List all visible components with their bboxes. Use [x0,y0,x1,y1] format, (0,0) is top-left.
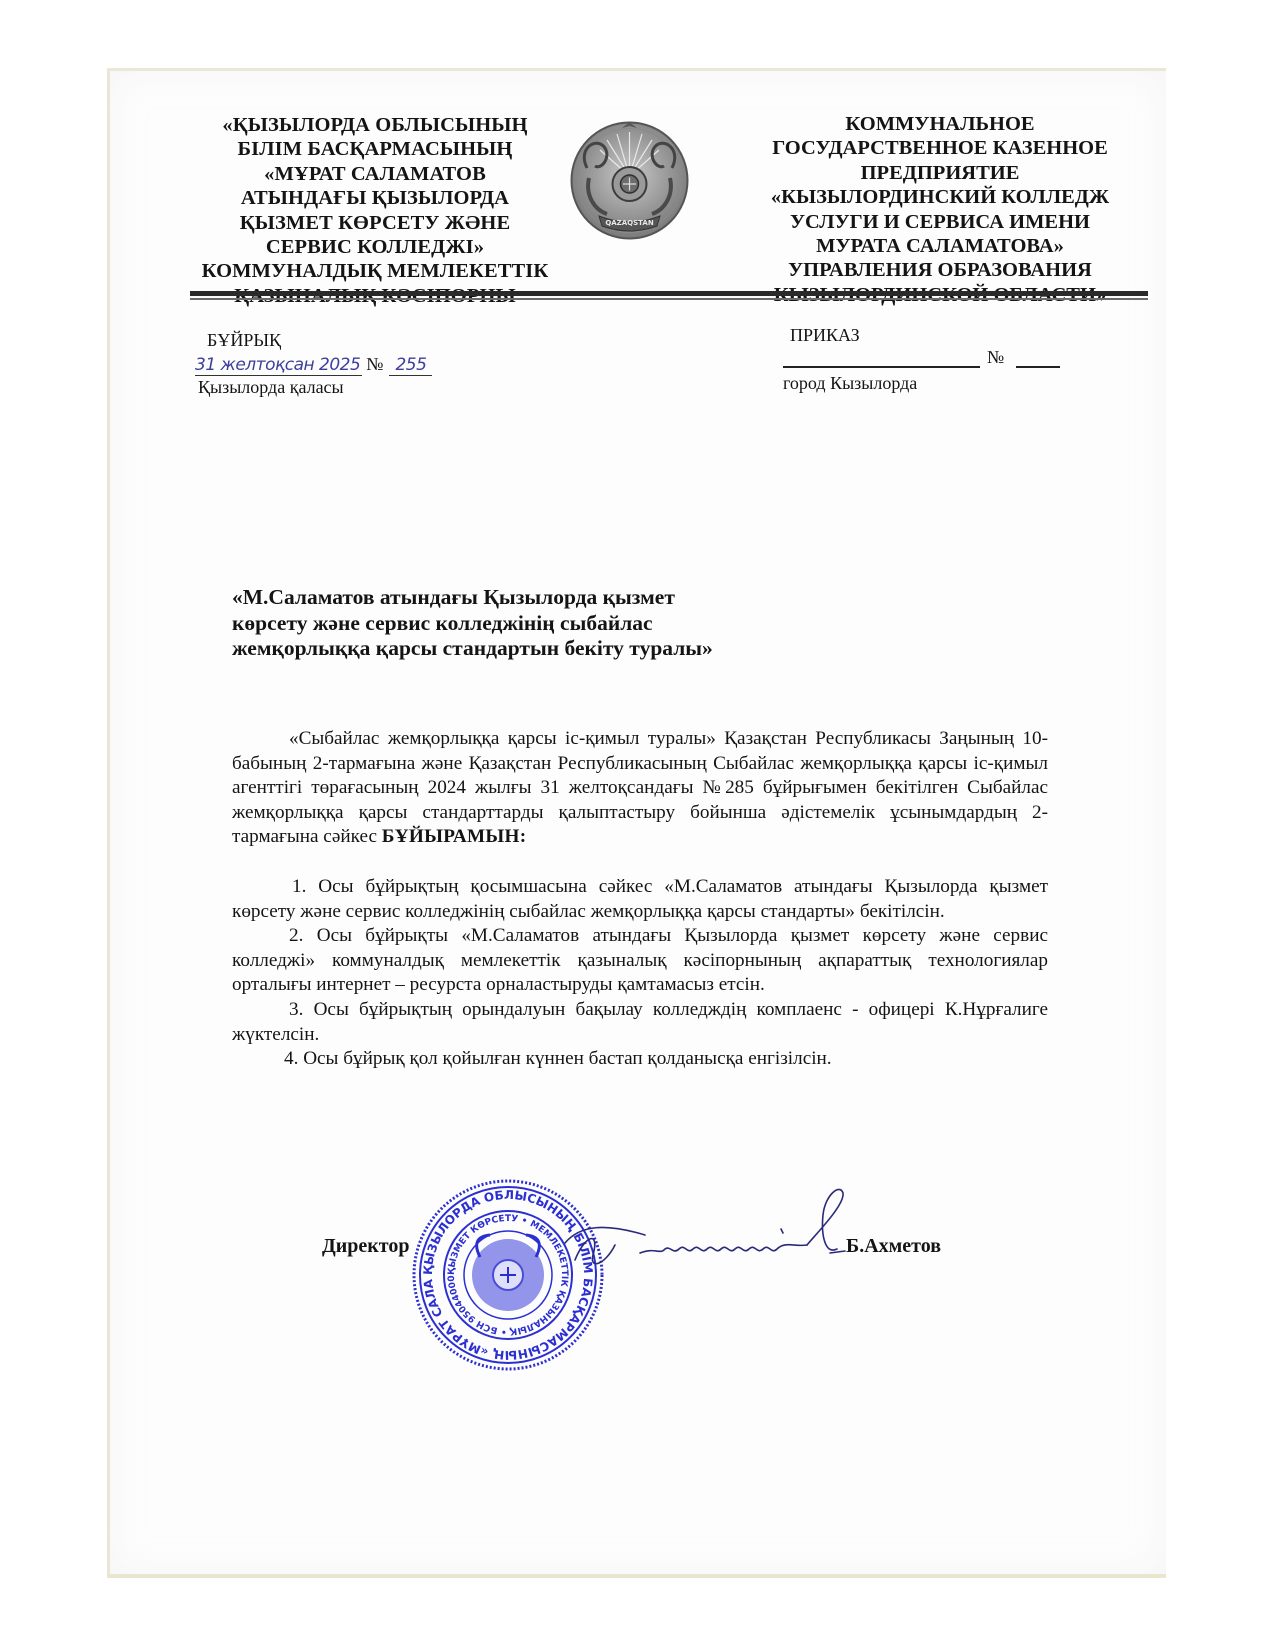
title-line: «М.Саламатов атындағы Қызылорда қызмет [232,585,832,611]
blank-number-line [1016,366,1060,368]
svg-text:QAZAQSTAN: QAZAQSTAN [605,219,654,227]
header-line: «ҚЫЗЫЛОРДА ОБЛЫСЫНЫҢ [190,113,560,137]
city-kk: Қызылорда қаласы [198,377,344,398]
header-line: ҚАЗЫНАЛЫҚ КӘСІПОРНЫ [190,284,560,308]
header-divider [190,291,1148,296]
order-label-ru: ПРИКАЗ [790,325,860,346]
header-line: «КЫЗЫЛОРДИНСКИЙ КОЛЛЕДЖ [735,185,1145,209]
order-item-1: 1. Осы бұйрықтың қосымшасына сәйкес «М.С… [232,875,1048,924]
city-ru: город Кызылорда [783,373,917,394]
header-line: ГОСУДАРСТВЕННОЕ КАЗЕННОЕ [735,136,1145,160]
handwritten-date: 31 желтоқсан 2025 [195,355,362,376]
header-line: ҚЫЗМЕТ КӨРСЕТУ ЖӘНЕ [190,211,560,235]
document-title: «М.Саламатов атындағы Қызылорда қызмет к… [232,585,832,662]
blank-date-line [783,366,980,368]
signer-position: Директор [322,1235,410,1258]
header-line: КОММУНАЛЬНОЕ [735,112,1145,136]
title-line: көрсету және сервис колледжінің сыбайлас [232,611,832,637]
header-org-name-ru: КОММУНАЛЬНОЕ ГОСУДАРСТВЕННОЕ КАЗЕННОЕ ПР… [735,112,1145,307]
order-label-kk: БҰЙРЫҚ [207,330,281,351]
handwritten-number: 255 [389,355,432,376]
header-line: СЕРВИС КОЛЛЕДЖІ» [190,235,560,259]
preamble-paragraph: «Сыбайлас жемқорлыққа қарсы іс-қимыл тур… [232,727,1048,850]
header-line: БІЛІМ БАСҚАРМАСЫНЫҢ [190,137,560,161]
order-item-4: 4. Осы бұйрық қол қойылған күннен бастап… [232,1047,1048,1072]
number-sign-ru: № [987,347,1004,368]
header-line: ПРЕДПРИЯТИЕ [735,161,1145,185]
title-line: жемқорлыққа қарсы стандартын бекіту тура… [232,636,832,662]
header-line: «МҰРАТ САЛАМАТОВ [190,162,560,186]
header-divider-thin [190,298,1148,300]
order-item-2: 2. Осы бұйрықты «М.Саламатов атындағы Қы… [232,924,1048,998]
order-item-3: 3. Осы бұйрықтың орындалуын бақылау колл… [232,998,1048,1047]
document-body: «Сыбайлас жемқорлыққа қарсы іс-қимыл тур… [232,727,1048,1072]
header-line: МУРАТА САЛАМАТОВА» [735,234,1145,258]
handwritten-signature-icon [545,1185,865,1275]
kazakhstan-coat-of-arms-icon: QAZAQSTAN [567,118,692,243]
header-line: КОММУНАЛДЫҚ МЕМЛЕКЕТТІК [190,259,560,283]
header-line: АТЫНДАҒЫ ҚЫЗЫЛОРДА [190,186,560,210]
command-word: БҰЙЫРАМЫН: [382,826,527,847]
order-date-number-kk: 31 желтоқсан 2025№255 [195,354,432,376]
header-org-name-kk: «ҚЫЗЫЛОРДА ОБЛЫСЫНЫҢ БІЛІМ БАСҚАРМАСЫНЫҢ… [190,113,560,308]
preamble-text: «Сыбайлас жемқорлыққа қарсы іс-қимыл тур… [232,728,1048,847]
header-line: УПРАВЛЕНИЯ ОБРАЗОВАНИЯ [735,258,1145,282]
number-sign: № [366,354,383,374]
header-line: УСЛУГИ И СЕРВИСА ИМЕНИ [735,210,1145,234]
